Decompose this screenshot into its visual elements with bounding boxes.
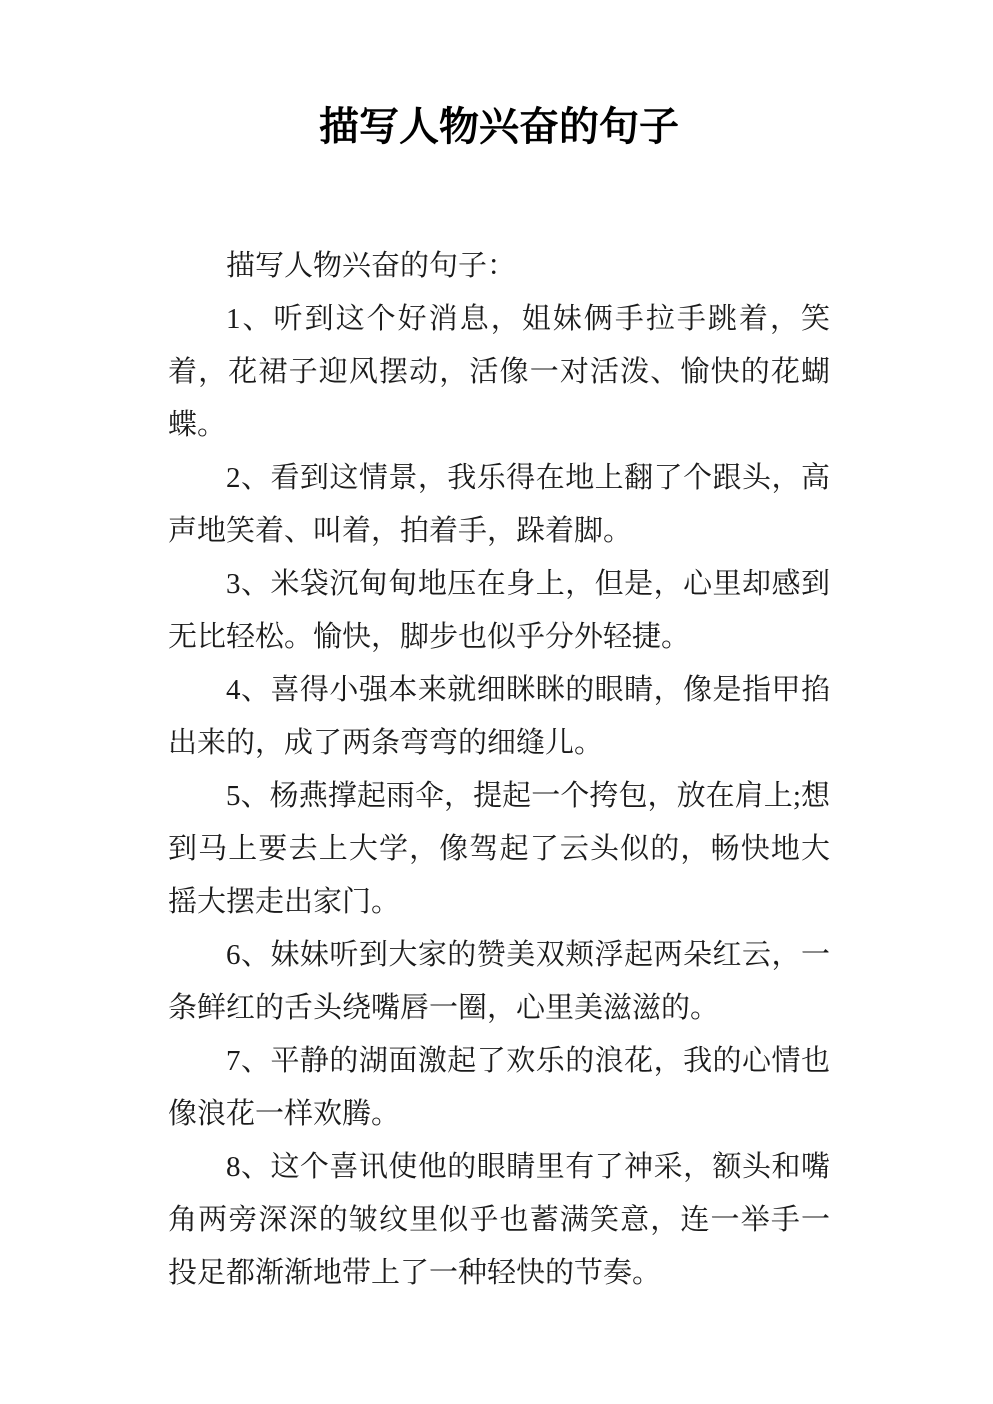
sentence-paragraph-1: 1、听到这个好消息，姐妹俩手拉手跳着，笑着，花裙子迎风摆动，活像一对活泼、愉快的…	[168, 293, 830, 452]
sentence-paragraph-6: 6、妹妹听到大家的赞美双颊浮起两朵红云，一条鲜红的舌头绕嘴唇一圈，心里美滋滋的。	[168, 929, 830, 1035]
sentence-paragraph-8: 8、这个喜讯使他的眼睛里有了神采，额头和嘴角两旁深深的皱纹里似乎也蓄满笑意，连一…	[168, 1141, 830, 1300]
sentence-paragraph-2: 2、看到这情景，我乐得在地上翻了个跟头，高声地笑着、叫着，拍着手，跺着脚。	[168, 452, 830, 558]
sentence-paragraph-5: 5、杨燕撑起雨伞，提起一个挎包，放在肩上;想到马上要去上大学，像驾起了云头似的，…	[168, 770, 830, 929]
sentence-paragraph-4: 4、喜得小强本来就细眯眯的眼睛，像是指甲掐出来的，成了两条弯弯的细缝儿。	[168, 664, 830, 770]
document-page: 描写人物兴奋的句子 描写人物兴奋的句子： 1、听到这个好消息，姐妹俩手拉手跳着，…	[0, 0, 993, 1404]
intro-paragraph: 描写人物兴奋的句子：	[168, 240, 830, 293]
document-body: 描写人物兴奋的句子： 1、听到这个好消息，姐妹俩手拉手跳着，笑着，花裙子迎风摆动…	[168, 240, 830, 1300]
document-title: 描写人物兴奋的句子	[168, 100, 830, 154]
sentence-paragraph-7: 7、平静的湖面激起了欢乐的浪花，我的心情也像浪花一样欢腾。	[168, 1035, 830, 1141]
sentence-paragraph-3: 3、米袋沉甸甸地压在身上，但是，心里却感到无比轻松。愉快，脚步也似乎分外轻捷。	[168, 558, 830, 664]
